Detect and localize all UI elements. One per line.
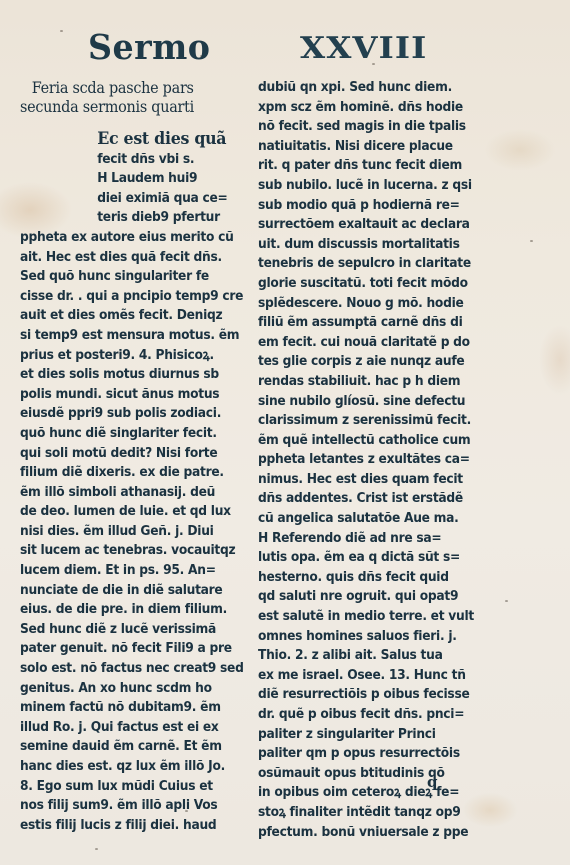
text-line: est salutẽ in medio terre. et vult xyxy=(258,607,458,627)
text-line: et dies solis motus diurnus sb xyxy=(20,365,220,385)
text-line: em fecit. cui nouã claritatẽ p do xyxy=(258,333,458,353)
text-line: ait. Hec est dies quã fecit dñs. xyxy=(20,248,220,268)
section-heading: Feria scda pasche pars xyxy=(20,78,214,97)
text-line: sub nubilo. lucẽ in lucerna. z qsi xyxy=(258,176,458,196)
text-line: ppheta letantes z exultãtes ca= xyxy=(258,450,458,470)
text-line: diẽ resurrectiõis p oibus fecisse xyxy=(258,685,458,705)
text-line: xpm scz ẽm hominẽ. dñs hodie xyxy=(258,98,458,118)
section-heading: secunda sermonis quarti xyxy=(20,97,214,116)
paper-speck xyxy=(95,848,98,850)
book-page: Sermo XXVIII Feria scda pasche pars secu… xyxy=(0,0,570,865)
text-line: illud Ro. j. Qui factus est ei ex xyxy=(20,718,220,738)
text-line: minem factũ nõ dubitam9. ẽm xyxy=(20,698,220,718)
text-line: omnes homines saluos fieri. j. xyxy=(258,627,458,647)
text-line: qui soli motũ dedit? Nisi forte xyxy=(20,444,220,464)
text-line: sub modio quã p hodiernã re= xyxy=(258,196,458,216)
text-line: dr. quẽ p oibus fecit dñs. pnci= xyxy=(258,705,458,725)
text-line: 8. Ego sum lux mũdi Cuius et xyxy=(20,777,220,797)
text-line: pater genuit. nõ fecit Fili9 a pre xyxy=(20,639,220,659)
text-line: nunciate de die in diẽ salutare xyxy=(20,581,220,601)
text-line: ẽm quẽ intellectũ catholice cum xyxy=(258,431,458,451)
running-head-folio-number: XXVIII xyxy=(300,30,427,68)
text-line: auit et dies omẽs fecit. Deniqz xyxy=(20,306,220,326)
paper-speck xyxy=(530,240,533,242)
paper-speck xyxy=(505,600,508,602)
text-line: nos filij sum9. ẽm illõ apli Vos xyxy=(20,796,220,816)
text-line: genitus. An xo hunc scdm ho xyxy=(20,679,220,699)
text-line: solo est. nõ factus nec creat9 sed xyxy=(20,659,220,679)
text-line: natiuitatis. Nisi dicere placue xyxy=(258,137,458,157)
opening-line: Ec est dies quã xyxy=(20,130,220,150)
text-line: prius et posteri9. 4. Phisicoꝝ. xyxy=(20,346,220,366)
text-line: estis filij lucis z filij diei. haud xyxy=(20,816,220,836)
text-line: si temp9 est mensura motus. ẽm xyxy=(20,326,220,346)
text-line: tenebris de sepulcro in claritate xyxy=(258,254,458,274)
text-line: ex me israel. Osee. 13. Hunc tñ xyxy=(258,666,458,686)
running-head-title: Sermo xyxy=(88,28,210,68)
text-line: quõ hunc diẽ singlariter fecit. xyxy=(20,424,220,444)
text-line: de deo. lumen de luie. et qd lux xyxy=(20,502,220,522)
text-line: nõ fecit. sed magis in die tpalis xyxy=(258,117,458,137)
text-line: cisse dr. . qui a pncipio temp9 cre xyxy=(20,287,220,307)
signature-mark: q xyxy=(427,773,438,791)
text-line: splẽdescere. Nouo g mõ. hodie xyxy=(258,294,458,314)
text-column-right: dubiũ qn xpi. Sed hunc diem. xpm scz ẽm … xyxy=(258,78,473,842)
text-line: Sed hunc diẽ z lucẽ verissimã xyxy=(20,620,220,640)
text-line: qd saluti nre ogruit. qui opat9 xyxy=(258,587,458,607)
text-line: paliter qm p opus resurrectõis xyxy=(258,744,458,764)
text-line: sine nubilo glíosũ. sine defectu xyxy=(258,392,458,412)
text-line: pfectum. bonũ vniuersale z ppe xyxy=(258,823,458,843)
text-line: ẽm illõ simboli athanasij. deũ xyxy=(20,483,220,503)
text-line: surrectõem exaltauit ac declara xyxy=(258,215,458,235)
text-line: filiũ ẽm assumptã carnẽ dñs di xyxy=(258,313,458,333)
text-line: polis mundi. sicut ãnus motus xyxy=(20,385,220,405)
text-line: dñs addentes. Crist ist erstãdẽ xyxy=(258,489,458,509)
text-line: lucem diem. Et in ps. 95. An= xyxy=(20,561,220,581)
text-line: rit. q pater dñs tunc fecit diem xyxy=(258,156,458,176)
text-line: Thio. 2. z alibi ait. Salus tua xyxy=(258,646,458,666)
text-line: rendas stabiliuit. hac p h diem xyxy=(258,372,458,392)
opening-line: fecit dñs vbi s. xyxy=(20,150,220,170)
text-line: eius. de die pre. in diem filium. xyxy=(20,600,220,620)
text-line: ppheta ex autore eius merito cũ xyxy=(20,228,220,248)
opening-line: H Laudem hui9 xyxy=(20,169,220,189)
text-column-left: Feria scda pasche pars secunda sermonis … xyxy=(20,78,235,835)
text-line: H Referendo diẽ ad nre sa= xyxy=(258,529,458,549)
text-line: sit lucem ac tenebras. vocauitqz xyxy=(20,541,220,561)
text-line: hanc dies est. qz lux ẽm illõ Jo. xyxy=(20,757,220,777)
text-line: glorie suscitatũ. toti fecit mõdo xyxy=(258,274,458,294)
text-line: clarissimum z serenissimũ fecit. xyxy=(258,411,458,431)
text-line: paliter z singulariter Princi xyxy=(258,725,458,745)
opening-line: diei eximiã qua ce= xyxy=(20,189,220,209)
text-line: lutis opa. ẽm ea q dictã sũt s= xyxy=(258,548,458,568)
text-line: tes glie corpis z aie nunqz aufe xyxy=(258,352,458,372)
text-line: hesterno. quis dñs fecit quid xyxy=(258,568,458,588)
running-head: Sermo XXVIII xyxy=(0,28,570,68)
text-line: nisi dies. ẽm illud Geñ. j. Diui xyxy=(20,522,220,542)
text-line: nimus. Hec est dies quam fecit xyxy=(258,470,458,490)
opening-line: teris dieb9 pfertur xyxy=(20,208,220,228)
text-line: stoꝝ finaliter intẽdit tanqz op9 xyxy=(258,803,458,823)
text-line: eiusdẽ ppri9 sub polis zodiaci. xyxy=(20,404,220,424)
text-line: uit. dum discussis mortalitatis xyxy=(258,235,458,255)
text-line: cũ angelica salutatõe Aue ma. xyxy=(258,509,458,529)
text-line: filium diẽ dixeris. ex die patre. xyxy=(20,463,220,483)
text-line: dubiũ qn xpi. Sed hunc diem. xyxy=(258,78,458,98)
text-line: Sed quõ hunc singulariter fe xyxy=(20,267,220,287)
text-line: semine dauid ẽm carnẽ. Et ẽm xyxy=(20,737,220,757)
